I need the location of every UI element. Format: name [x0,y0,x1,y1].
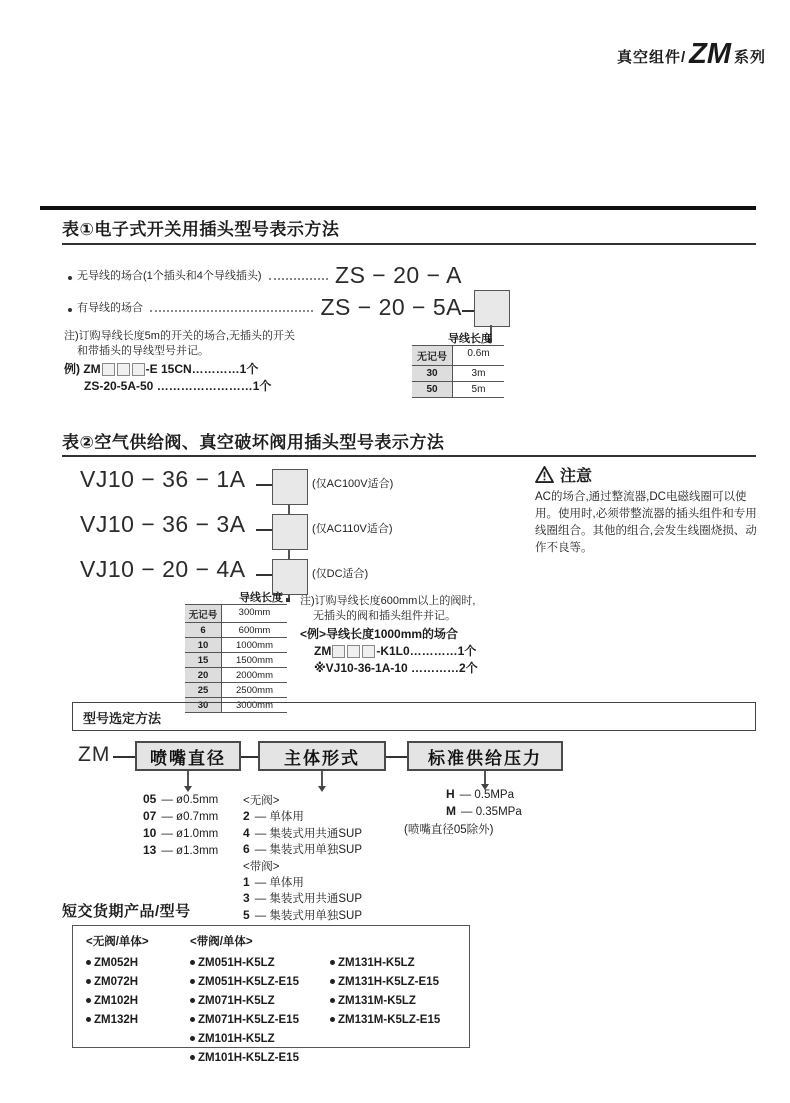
option-desc: — 0.35MPa [461,806,522,818]
note-line2: 和带插头的导线型号并记。 [64,344,295,359]
connector-dash [256,574,272,576]
example-line1: ZM -K1L0…………1个 [300,643,478,660]
product-code: ZM132H [94,1014,138,1026]
product-item: ZM052H [86,953,138,972]
valve-model-3: VJ10 − 20 − 4A [80,556,246,583]
product-code: ZM051H-K5LZ [198,957,275,969]
cord-symbol: 50 [412,382,453,397]
option-desc: — 集装式用共通SUP [255,825,362,841]
suffix-box [272,469,308,505]
selection-frame: 型号选定方法 [72,702,756,731]
cord-symbol: 25 [185,683,222,697]
option-desc: — ø0.7mm [161,811,218,823]
connector-dash [256,529,272,531]
connector-dot [286,598,290,602]
short-delivery-box: <无阀/单体> <带阀/单体> ZM052H ZM072H ZM102H ZM1… [72,925,470,1048]
bullet-icon [190,998,195,1003]
connector-dash [113,756,135,758]
cord-value: 1000mm [222,638,287,652]
table-row: 252500mm [185,682,287,697]
column-header-with-valve: <带阀/单体> [190,933,253,949]
option-line: 3— 集装式用共通SUP [243,890,362,907]
option-line: 07— ø0.7mm [143,809,218,826]
cord-value: 300mm [222,605,287,622]
product-code: ZM071H-K5LZ-E15 [198,1014,299,1026]
cord-symbol: 无记号 [185,605,222,622]
cord-value: 2000mm [222,668,287,682]
example-suffix: -K1L0…………1个 [376,643,476,660]
product-item: ZM131H-K5LZ-E15 [330,972,440,991]
option-line: 6— 集装式用单独SUP [243,841,362,858]
product-code: ZM131H-K5LZ-E15 [338,976,439,988]
note-line1: 注)订购导线长度600mm以上的阀时, [300,594,475,609]
selection-title: 型号选定方法 [73,703,755,727]
series-prefix: ZM [78,743,110,767]
placeholder-box [132,363,145,376]
column-header-no-valve: <无阀/单体> [86,933,149,949]
short-delivery-title: 短交货期产品/型号 [62,900,191,921]
header-prefix: 真空组件/ [617,46,686,67]
product-item: ZM131M-K5LZ-E15 [330,1010,440,1029]
connector-dash [462,310,474,312]
caution-body: AC的场合,通过整流器,DC电磁线圈可以使用。使用时,必须带整流器的插头组件和专… [535,489,760,557]
option-desc: — ø1.3mm [161,845,218,857]
placeholder-box [102,363,115,376]
cord-symbol: 20 [185,668,222,682]
table-row: 6600mm [185,622,287,637]
bullet-icon [68,276,72,280]
body-type-options: <无阀> 2— 单体用 4— 集装式用共通SUP 6— 集装式用单独SUP <带… [243,792,362,923]
bullet-icon [68,308,72,312]
example-prefix: 例) ZM [64,361,101,378]
table2-note: 注)订购导线长度600mm以上的阀时, 无插头的阀和插头组件并记。 [300,594,475,624]
cord-symbol: 15 [185,653,222,667]
table1-title-underline [62,243,756,245]
example-title: <例>导线长度1000mm的场合 [300,626,478,643]
option-desc: — ø0.5mm [161,794,218,806]
suffix-box [272,514,308,550]
bullet-icon [86,998,91,1003]
option-code: 07 [143,809,156,823]
product-item: ZM132H [86,1010,138,1029]
table-row: 505m [412,381,504,397]
option-line: 05— ø0.5mm [143,792,218,809]
model-code: ZS − 20 − 5A [320,294,462,321]
product-code: ZM052H [94,957,138,969]
table-row: 无记号300mm [185,604,287,622]
nozzle-options: 05— ø0.5mm 07— ø0.7mm 10— ø1.0mm 13— ø1.… [143,792,218,860]
option-line: 13— ø1.3mm [143,843,218,860]
connector-dash [386,756,407,758]
placeholder-box [332,645,345,658]
model-code: ZS − 20 − A [335,262,462,289]
product-item: ZM101H-K5LZ [190,1029,299,1048]
option-desc: — ø1.0mm [161,828,218,840]
suffix-box [474,290,510,327]
table1-row-with-lead-wire: 有导线的场合 ZS − 20 − 5A [68,294,462,321]
group-label: <带阀> [243,858,362,874]
cord-value: 5m [453,382,504,397]
product-item: ZM072H [86,972,138,991]
cord-length-table-1: 无记号0.6m 303m 505m [412,345,504,398]
product-item: ZM051H-K5LZ-E15 [190,972,299,991]
table2-title-underline [62,455,756,457]
cord-symbol: 30 [412,366,453,381]
table1-example: 例) ZM -E 15CN…………1个 ZS-20-5A-50 ……………………… [64,361,271,395]
option-code: 10 [143,826,156,840]
option-code: 05 [143,792,156,806]
cord-value: 600mm [222,623,287,637]
product-item: ZM102H [86,991,138,1010]
connector-line [187,771,189,786]
supply-pressure-box: 标准供给压力 [407,741,563,771]
product-column-2: ZM051H-K5LZ ZM051H-K5LZ-E15 ZM071H-K5LZ … [190,953,299,1067]
section-top-bar [40,206,756,210]
cord-length-header-1: 导线长度 [412,330,492,346]
connector-line [321,771,323,786]
product-column-3: ZM131H-K5LZ ZM131H-K5LZ-E15 ZM131M-K5LZ … [330,953,440,1029]
option-desc: — 集装式用单独SUP [255,841,362,857]
option-line: 2— 单体用 [243,808,362,825]
cord-symbol: 6 [185,623,222,637]
option-code: 5 [243,908,250,922]
warning-icon [535,466,554,483]
note-line2: 无插头的阀和插头组件并记。 [300,609,475,624]
option-line: 1— 单体用 [243,874,362,891]
row-label: 无导线的场合(1个插头和4个导线插头) [77,267,262,289]
bullet-icon [330,960,335,965]
option-line: M— 0.35MPa [404,804,522,821]
group-label: <无阀> [243,792,362,808]
placeholder-box [117,363,130,376]
table1-note: 注)订购导线长度5m的开关的场合,无插头的开关 和带插头的导线型号并记。 [64,329,295,359]
example-suffix: -E 15CN…………1个 [146,361,259,378]
note-line1: 注)订购导线长度5m的开关的场合,无插头的开关 [64,329,295,344]
cord-length-header-2: 导线长度 [195,589,283,605]
valve-model-1: VJ10 − 36 − 1A [80,466,246,493]
catalog-page: 真空组件/ ZM 系列 表①电子式开关用插头型号表示方法 无导线的场合(1个插头… [0,0,790,1103]
cord-value: 0.6m [453,346,504,365]
table1-row-no-lead-wire: 无导线的场合(1个插头和4个导线插头) ZS − 20 − A [68,262,462,289]
product-code: ZM131H-K5LZ [338,957,415,969]
table2-title: 表②空气供给阀、真空破坏阀用插头型号表示方法 [62,428,444,453]
connector-line [484,771,486,784]
product-code: ZM131M-K5LZ-E15 [338,1014,440,1026]
placeholder-box [362,645,375,658]
cord-length-table-2: 无记号300mm 6600mm 101000mm 151500mm 202000… [185,604,287,713]
valve-model-2: VJ10 − 36 − 3A [80,511,246,538]
product-item: ZM101H-K5LZ-E15 [190,1048,299,1067]
option-code: 4 [243,826,250,840]
table-row: 无记号0.6m [412,345,504,365]
option-code: 13 [143,843,156,857]
product-item: ZM071H-K5LZ [190,991,299,1010]
page-header: 真空组件/ ZM 系列 [617,42,766,67]
product-code: ZM102H [94,995,138,1007]
option-code: 2 [243,809,250,823]
bullet-icon [86,979,91,984]
option-desc: — 单体用 [255,808,304,824]
bullet-icon [190,1055,195,1060]
bullet-icon [190,1036,195,1041]
option-code: 1 [243,875,250,889]
valve-note-3: (仅DC适合) [312,567,368,582]
valve-note-2: (仅AC110V适合) [312,522,392,537]
example-line2: ※VJ10-36-1A-10 …………2个 [300,660,478,677]
dotted-leader [269,278,328,280]
product-item: ZM051H-K5LZ [190,953,299,972]
bullet-icon [86,1017,91,1022]
option-line: 4— 集装式用共通SUP [243,825,362,842]
product-code: ZM101H-K5LZ-E15 [198,1052,299,1064]
option-code: 6 [243,842,250,856]
bullet-icon [190,979,195,984]
placeholder-box [347,645,360,658]
bullet-icon [330,1017,335,1022]
bullet-icon [190,1017,195,1022]
bullet-icon [190,960,195,965]
cord-value: 3m [453,366,504,381]
product-code: ZM072H [94,976,138,988]
option-desc: — 集装式用单独SUP [255,907,362,923]
bullet-icon [330,998,335,1003]
table-row: 202000mm [185,667,287,682]
connector-dash [241,756,258,758]
product-code: ZM051H-K5LZ-E15 [198,976,299,988]
product-column-1: ZM052H ZM072H ZM102H ZM132H [86,953,138,1029]
body-type-box: 主体形式 [258,741,386,771]
option-line: H— 0.5MPa [404,787,522,804]
bullet-icon [86,960,91,965]
header-series: ZM [689,42,731,67]
cord-symbol: 无记号 [412,346,453,365]
option-desc: — 集装式用共通SUP [255,890,362,906]
option-code: 3 [243,891,250,905]
product-item: ZM071H-K5LZ-E15 [190,1010,299,1029]
option-desc: — 单体用 [255,874,304,890]
cord-symbol: 10 [185,638,222,652]
table-row: 151500mm [185,652,287,667]
option-code: H [446,787,455,801]
table2-example: <例>导线长度1000mm的场合 ZM -K1L0…………1个 ※VJ10-36… [300,626,478,677]
product-code: ZM101H-K5LZ [198,1033,275,1045]
example-line1: 例) ZM -E 15CN…………1个 [64,361,271,378]
example-prefix: ZM [314,643,331,660]
option-line: 5— 集装式用单独SUP [243,907,362,924]
row-label: 有导线的场合 [77,299,143,321]
cord-value: 2500mm [222,683,287,697]
nozzle-diameter-box: 喷嘴直径 [135,741,241,771]
product-item: ZM131M-K5LZ [330,991,440,1010]
pressure-options: H— 0.5MPa M— 0.35MPa (喷嘴直径05除外) [404,787,522,837]
option-code: M [446,804,456,818]
connector-dash [256,484,272,486]
product-item: ZM131H-K5LZ [330,953,440,972]
dotted-leader [150,310,313,312]
cord-value: 1500mm [222,653,287,667]
option-line: 10— ø1.0mm [143,826,218,843]
table-row: 303m [412,365,504,381]
example-line2: ZS-20-5A-50 ……………………1个 [64,378,271,395]
table1-title: 表①电子式开关用插头型号表示方法 [62,215,339,240]
table-row: 101000mm [185,637,287,652]
product-code: ZM071H-K5LZ [198,995,275,1007]
option-desc: — 0.5MPa [460,789,514,801]
bullet-icon [330,979,335,984]
header-suffix: 系列 [734,46,766,67]
valve-note-1: (仅AC100V适合) [312,477,393,492]
caution-title: 注意 [560,463,592,486]
caution-header: 注意 [535,463,592,486]
pressure-note: (喷嘴直径05除外) [404,821,522,837]
product-code: ZM131M-K5LZ [338,995,416,1007]
